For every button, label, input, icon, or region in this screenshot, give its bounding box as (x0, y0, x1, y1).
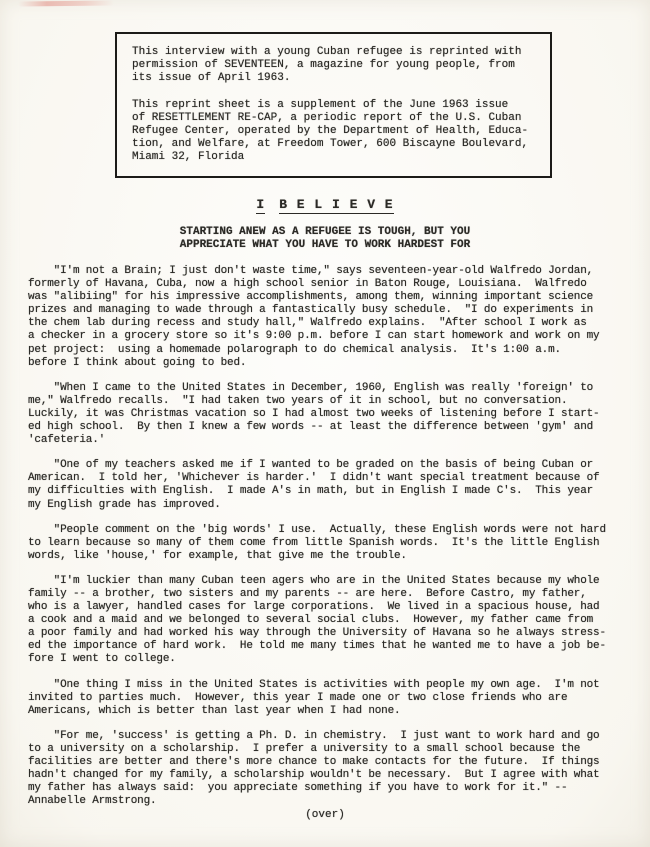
red-ink-mark (18, 0, 114, 6)
reprint-notice-paragraph: This interview with a young Cuban refuge… (132, 46, 538, 86)
over-note: (over) (28, 809, 622, 821)
page-title: IB E L I E V E (28, 197, 622, 212)
document-page: This interview with a young Cuban refuge… (0, 0, 650, 847)
body-paragraph: "For me, 'success' is getting a Ph. D. i… (28, 730, 624, 809)
article-body: "I'm not a Brain; I just don't waste tim… (28, 265, 624, 820)
body-paragraph: "When I came to the United States in Dec… (28, 382, 624, 447)
title-word-believe: B E L I E V E (279, 197, 393, 214)
body-paragraph: "I'm not a Brain; I just don't waste tim… (28, 265, 624, 370)
body-paragraph: "One thing I miss in the United States i… (28, 679, 624, 718)
title-word-i: I (256, 197, 265, 214)
reprint-notice-paragraph: This reprint sheet is a supplement of th… (132, 99, 538, 165)
reprint-notice-box: This interview with a young Cuban refuge… (115, 32, 552, 178)
body-paragraph: "People comment on the 'big words' I use… (28, 524, 624, 563)
body-paragraph: "I'm luckier than many Cuban teen agers … (28, 575, 624, 667)
page-subtitle: STARTING ANEW AS A REFUGEE IS TOUGH, BUT… (28, 226, 622, 252)
body-paragraph: "One of my teachers asked me if I wanted… (28, 459, 624, 511)
